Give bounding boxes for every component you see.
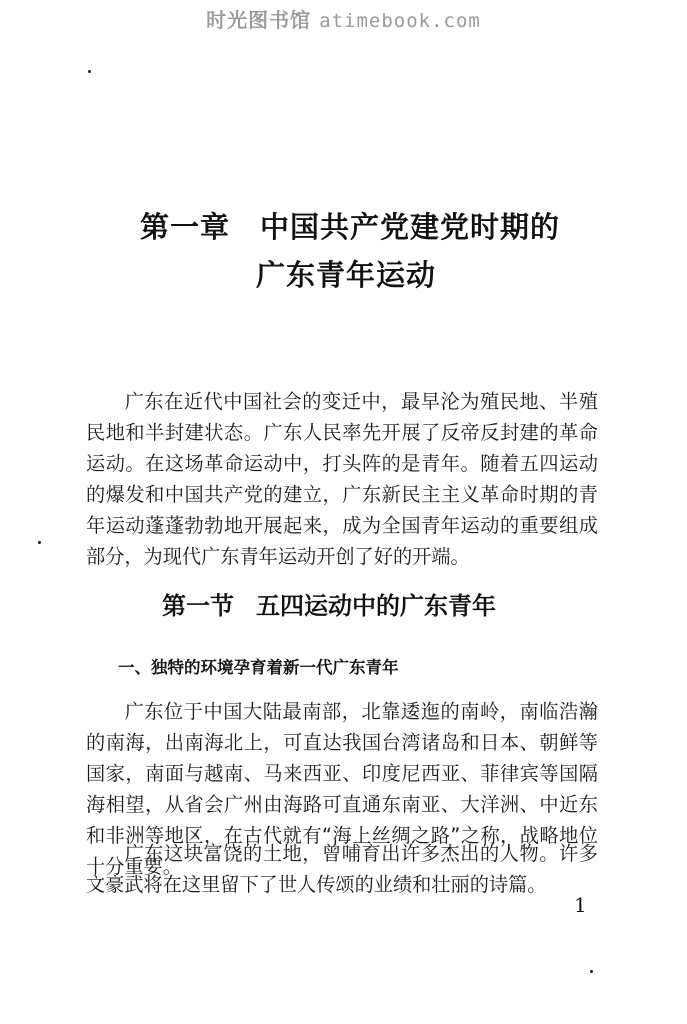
body-paragraph-text: 广东这块富饶的土地，曾哺育出许多杰出的人物。许多文豪武将在这里留下了世人传颂的业… xyxy=(86,842,598,896)
chapter-number: 第一章 xyxy=(140,210,230,244)
intro-paragraph: 广东在近代中国社会的变迁中，最早沦为殖民地、半殖民地和半封建状态。广东人民率先开… xyxy=(86,386,598,572)
intro-paragraph-text: 广东在近代中国社会的变迁中，最早沦为殖民地、半殖民地和半封建状态。广东人民率先开… xyxy=(86,390,598,568)
watermark-site-name: 时光图书馆 xyxy=(206,8,311,32)
chapter-title-line1: 第一章中国共产党建党时期的 xyxy=(140,205,687,246)
scan-speck xyxy=(590,970,593,973)
scan-speck xyxy=(38,541,41,544)
chapter-title-main: 中国共产党建党时期的 xyxy=(260,210,560,244)
section-title: 五四运动中的广东青年 xyxy=(256,592,496,620)
section-heading: 第一节五四运动中的广东青年 xyxy=(162,586,496,621)
section-number: 第一节 xyxy=(162,592,234,620)
chapter-title-line2: 广东青年运动 xyxy=(256,253,687,294)
watermark-url: atimebook.com xyxy=(319,10,481,32)
subsection-heading: 一、独特的环境孕育着新一代广东青年 xyxy=(118,654,399,678)
watermark: 时光图书馆 atimebook.com xyxy=(0,4,687,33)
scan-speck xyxy=(88,70,91,73)
page-number: 1 xyxy=(574,893,587,917)
body-paragraph: 广东这块富饶的土地，曾哺育出许多杰出的人物。许多文豪武将在这里留下了世人传颂的业… xyxy=(86,838,598,900)
